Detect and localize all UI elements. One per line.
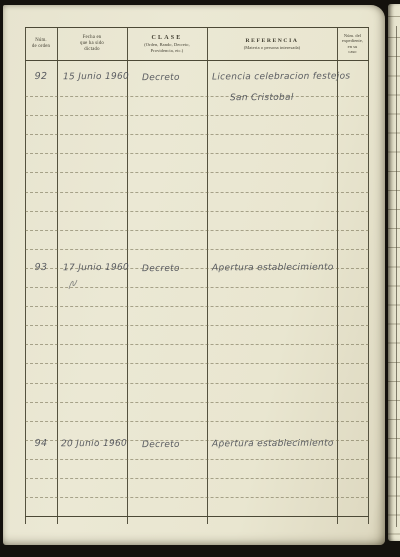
entry-fecha: 17 Junio 1960 bbox=[63, 263, 129, 274]
entry-num: 94 bbox=[25, 438, 57, 449]
header-text: caso bbox=[348, 49, 356, 54]
table-row-line bbox=[25, 459, 369, 460]
entry-num: 92 bbox=[25, 71, 57, 82]
column-header-num-orden: Núm. de orden bbox=[25, 27, 57, 60]
header-title: REFERENCIA bbox=[246, 37, 299, 45]
ledger-page: Núm. de orden Fecha en que ha sido dicta… bbox=[3, 5, 385, 545]
next-page-rule-line bbox=[396, 26, 397, 527]
next-page-edge bbox=[388, 4, 400, 541]
table-row-line bbox=[25, 230, 369, 231]
table-column-line bbox=[207, 27, 208, 524]
table-row-line bbox=[25, 96, 369, 97]
header-subtext: Providencia, etc.) bbox=[151, 48, 184, 53]
stray-ink-mark bbox=[67, 277, 79, 291]
table-row-line bbox=[25, 325, 369, 326]
entry-referencia-line2: San Cristobal bbox=[230, 93, 294, 104]
table-row-line bbox=[25, 497, 369, 498]
entry-fecha: 15 Junio 1960 bbox=[63, 72, 129, 83]
table-row-line bbox=[25, 402, 369, 403]
table-row-line bbox=[25, 421, 369, 422]
header-subtext: (Materia o persona interesada) bbox=[244, 45, 301, 50]
table-column-line bbox=[57, 27, 58, 524]
entry-fecha: 20 Junio 1960 bbox=[61, 439, 127, 450]
table-row-line bbox=[25, 306, 369, 307]
table-column-line bbox=[127, 27, 128, 524]
header-text: de orden bbox=[32, 44, 50, 50]
entry-referencia-line1: Apertura establecimiento bbox=[212, 439, 334, 451]
entry-clase: Decreto bbox=[142, 264, 180, 275]
table-row-line bbox=[25, 115, 369, 116]
entry-referencia-line1: Licencia celebracion festejos bbox=[212, 72, 350, 84]
entry-num: 93 bbox=[25, 262, 57, 273]
table-row-line bbox=[25, 344, 369, 345]
table-row-line bbox=[25, 153, 369, 154]
header-text: dictado bbox=[84, 47, 100, 53]
table-row-line bbox=[25, 383, 369, 384]
table-row-line bbox=[25, 134, 369, 135]
table-row-line bbox=[25, 192, 369, 193]
table-row-line bbox=[25, 211, 369, 212]
column-header-clase: CLASE (Orden, Bando, Decreto, Providenci… bbox=[127, 27, 207, 60]
table-column-line bbox=[337, 27, 338, 524]
table-column-line bbox=[368, 27, 369, 524]
table-row-line bbox=[25, 478, 369, 479]
entry-referencia-line1: Apertura establecimiento bbox=[212, 263, 334, 275]
table-row-line bbox=[25, 172, 369, 173]
table-column-line bbox=[25, 27, 26, 524]
table-row-line bbox=[25, 249, 369, 250]
entry-clase: Decreto bbox=[142, 440, 180, 451]
table-row-line bbox=[25, 516, 369, 517]
header-title: CLASE bbox=[151, 34, 182, 42]
column-header-num-expediente: Núm. del expediente, en su caso bbox=[337, 27, 368, 60]
table-row-line bbox=[25, 363, 369, 364]
table-row-line bbox=[25, 60, 369, 61]
column-header-fecha: Fecha en que ha sido dictado bbox=[57, 27, 127, 60]
entry-clase: Decreto bbox=[142, 73, 180, 84]
column-header-referencia: REFERENCIA (Materia o persona interesada… bbox=[207, 27, 337, 60]
